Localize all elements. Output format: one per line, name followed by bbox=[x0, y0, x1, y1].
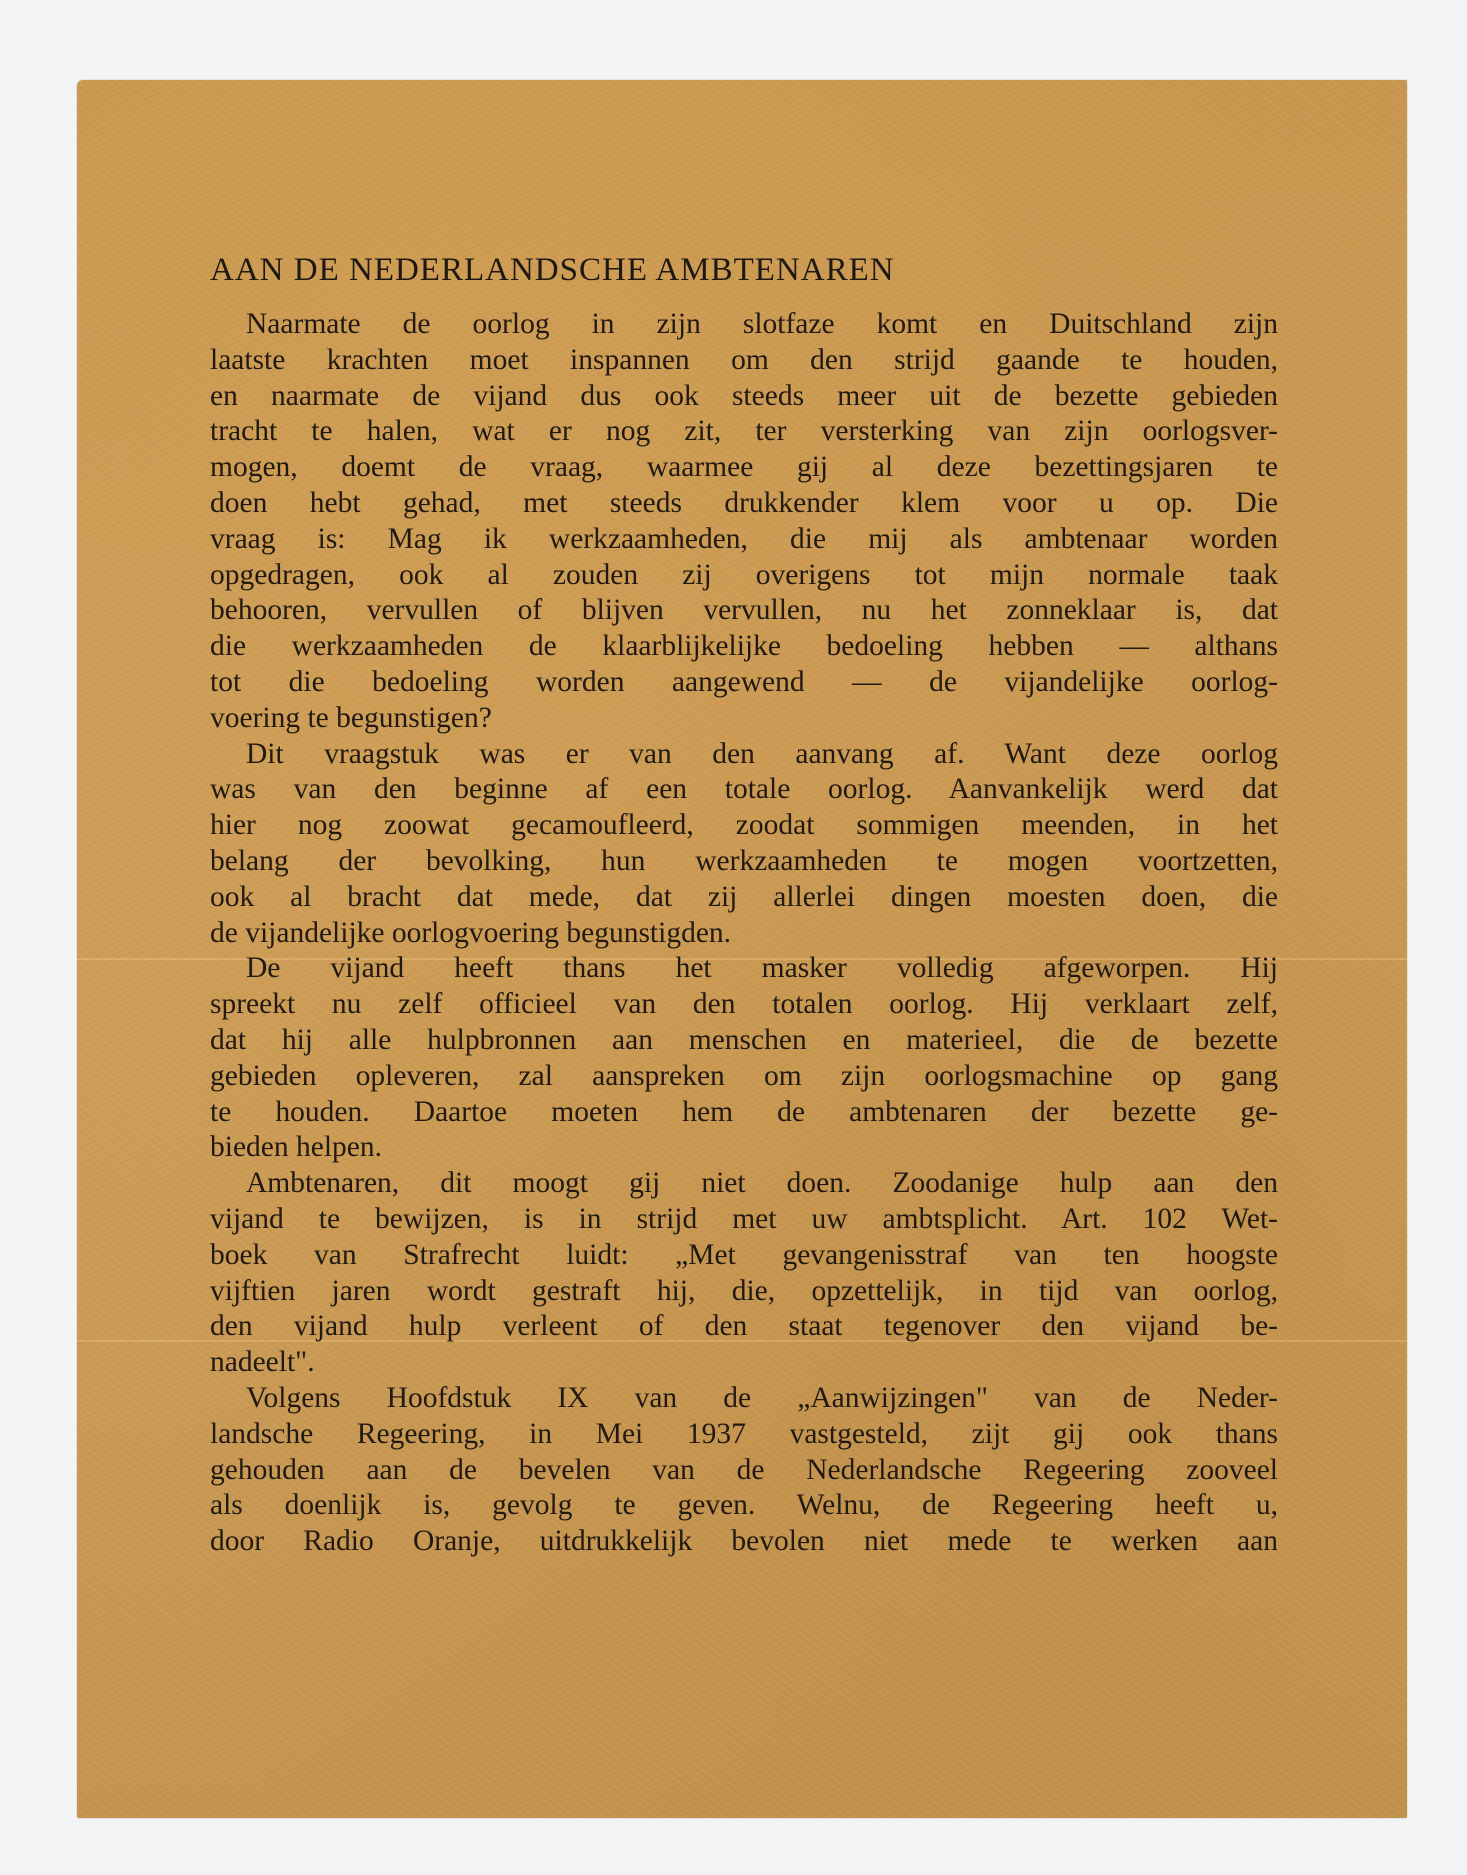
text-line: doen hebt gehad, met steeds drukkender k… bbox=[210, 486, 1278, 522]
paragraph-5: Volgens Hoofdstuk IX van de „Aanwijzinge… bbox=[210, 1381, 1278, 1560]
text-line: De vijand heeft thans het masker volledi… bbox=[210, 951, 1278, 987]
text-line: vijftien jaren wordt gestraft hij, die, … bbox=[210, 1274, 1278, 1310]
text-line: den vijand hulp verleent of den staat te… bbox=[210, 1309, 1278, 1345]
text-line: laatste krachten moet inspannen om den s… bbox=[210, 343, 1278, 379]
text-line: die werkzaamheden de klaarblijkelijke be… bbox=[210, 629, 1278, 665]
text-line: hier nog zoowat gecamoufleerd, zoodat so… bbox=[210, 808, 1278, 844]
text-line: en naarmate de vijand dus ook steeds mee… bbox=[210, 379, 1278, 415]
text-line: Naarmate de oorlog in zijn slotfaze komt… bbox=[210, 307, 1278, 343]
document-body: Naarmate de oorlog in zijn slotfaze komt… bbox=[210, 307, 1278, 1560]
text-line: vijand te bewijzen, is in strijd met uw … bbox=[210, 1202, 1278, 1238]
text-line: tot die bedoeling worden aangewend — de … bbox=[210, 665, 1278, 701]
text-line: mogen, doemt de vraag, waarmee gij al de… bbox=[210, 450, 1278, 486]
text-line: de vijandelijke oorlogvoering begunstigd… bbox=[210, 916, 1278, 952]
text-line: Volgens Hoofdstuk IX van de „Aanwijzinge… bbox=[210, 1381, 1278, 1417]
text-line: gebieden opleveren, zal aanspreken om zi… bbox=[210, 1059, 1278, 1095]
paragraph-3: De vijand heeft thans het masker volledi… bbox=[210, 951, 1278, 1166]
text-line: als doenlijk is, gevolg te geven. Welnu,… bbox=[210, 1488, 1278, 1524]
text-line: bieden helpen. bbox=[210, 1130, 1278, 1166]
text-line: landsche Regeering, in Mei 1937 vastgest… bbox=[210, 1417, 1278, 1453]
paragraph-2: Dit vraagstuk was er van den aanvang af.… bbox=[210, 737, 1278, 952]
text-line: tracht te halen, wat er nog zit, ter ver… bbox=[210, 414, 1278, 450]
text-line: behooren, vervullen of blijven vervullen… bbox=[210, 593, 1278, 629]
text-line: Ambtenaren, dit moogt gij niet doen. Zoo… bbox=[210, 1166, 1278, 1202]
text-line: boek van Strafrecht luidt: „Met gevangen… bbox=[210, 1238, 1278, 1274]
text-line: Dit vraagstuk was er van den aanvang af.… bbox=[210, 737, 1278, 773]
text-line: spreekt nu zelf officieel van den totale… bbox=[210, 987, 1278, 1023]
text-line: belang der bevolking, hun werkzaamheden … bbox=[210, 844, 1278, 880]
paragraph-1: Naarmate de oorlog in zijn slotfaze komt… bbox=[210, 307, 1278, 737]
text-line: gehouden aan de bevelen van de Nederland… bbox=[210, 1453, 1278, 1489]
text-line: voering te begunstigen? bbox=[210, 701, 1278, 737]
text-line: dat hij alle hulpbronnen aan menschen en… bbox=[210, 1023, 1278, 1059]
text-line: nadeelt". bbox=[210, 1345, 1278, 1381]
text-line: vraag is: Mag ik werkzaamheden, die mij … bbox=[210, 522, 1278, 558]
text-line: was van den beginne af een totale oorlog… bbox=[210, 772, 1278, 808]
text-line: opgedragen, ook al zouden zij overigens … bbox=[210, 558, 1278, 594]
text-line: te houden. Daartoe moeten hem de ambtena… bbox=[210, 1095, 1278, 1131]
text-line: door Radio Oranje, uitdrukkelijk bevolen… bbox=[210, 1524, 1278, 1560]
paragraph-4: Ambtenaren, dit moogt gij niet doen. Zoo… bbox=[210, 1166, 1278, 1381]
document-title: AAN DE NEDERLANDSCHE AMBTENAREN bbox=[210, 252, 895, 289]
text-line: ook al bracht dat mede, dat zij allerlei… bbox=[210, 880, 1278, 916]
